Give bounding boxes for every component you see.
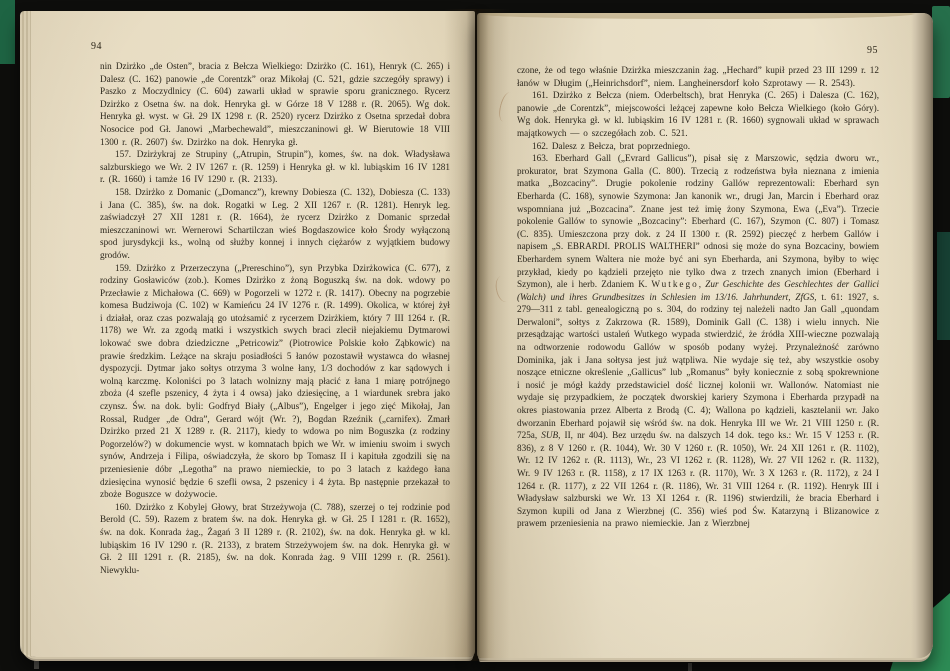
body-text: 162. Dalesz z Bełcza, brat poprzedniego. xyxy=(532,141,690,151)
paragraph: nin Dzirżko „de Osten”, bracia z Bełcza … xyxy=(100,60,450,148)
body-text: 161. Dzirżko z Bełcza (niem. Oderbeltsch… xyxy=(517,90,879,138)
paragraph: 161. Dzirżko z Bełcza (niem. Oderbeltsch… xyxy=(517,89,879,139)
paragraph: 160. Dzirżko z Kobylej Głowy, brat Strze… xyxy=(100,501,450,577)
paragraph: czone, że od tego właśnie Dzirżka mieszc… xyxy=(517,64,879,89)
body-text: 158. Dzirżko z Domanic („Domancz”), krew… xyxy=(100,187,450,260)
body-text: nin Dzirżko „de Osten”, bracia z Bełcza … xyxy=(100,61,450,147)
body-text: czone, że od tego właśnie Dzirżka mieszc… xyxy=(517,65,879,88)
body-text: II, nr 404). Bez urzędu św. na dalszych … xyxy=(517,430,879,528)
paragraph: 162. Dalesz z Bełcza, brat poprzedniego. xyxy=(517,140,879,153)
page-94-text-block: nin Dzirżko „de Osten”, bracia z Bełcza … xyxy=(100,60,450,576)
page-number-right: 95 xyxy=(846,45,878,56)
body-text: t. 61: 1927, s. 279—311 z tabl. genealog… xyxy=(517,292,879,441)
italic-text: SUB, xyxy=(541,430,560,440)
body-text: 160. Dzirżko z Kobylej Głowy, brat Strze… xyxy=(100,502,450,575)
paragraph: 158. Dzirżko z Domanic („Domancz”), krew… xyxy=(100,186,450,262)
body-text: 159. Dzirżko z Przerzeczyna („Prereschin… xyxy=(100,263,450,500)
paragraph: 163. Eberhard Gall („Evrard Gallicus”), … xyxy=(517,152,879,530)
book-cover-green-left xyxy=(0,0,15,64)
book-cover-teal-right xyxy=(937,232,950,340)
page-number-left: 94 xyxy=(91,41,102,52)
paragraph: 157. Dzirżykraj ze Strupiny („Atrupin, S… xyxy=(100,148,450,186)
book-spread-photo: 94 95 nin Dzirżko „de Osten”, bracia z B… xyxy=(0,0,950,671)
background-mark xyxy=(34,656,39,669)
background-mark xyxy=(688,663,692,671)
body-text: 157. Dzirżykraj ze Strupiny („Atrupin, S… xyxy=(100,149,450,184)
body-text: 163. Eberhard Gall („Evrard Gallicus”), … xyxy=(517,153,879,289)
body-text: Wutkego xyxy=(651,279,698,289)
paragraph: 159. Dzirżko z Przerzeczyna („Prereschin… xyxy=(100,262,450,501)
page-95-text-block: czone, że od tego właśnie Dzirżka mieszc… xyxy=(517,64,879,530)
book-cover-green-top-right xyxy=(932,6,950,98)
